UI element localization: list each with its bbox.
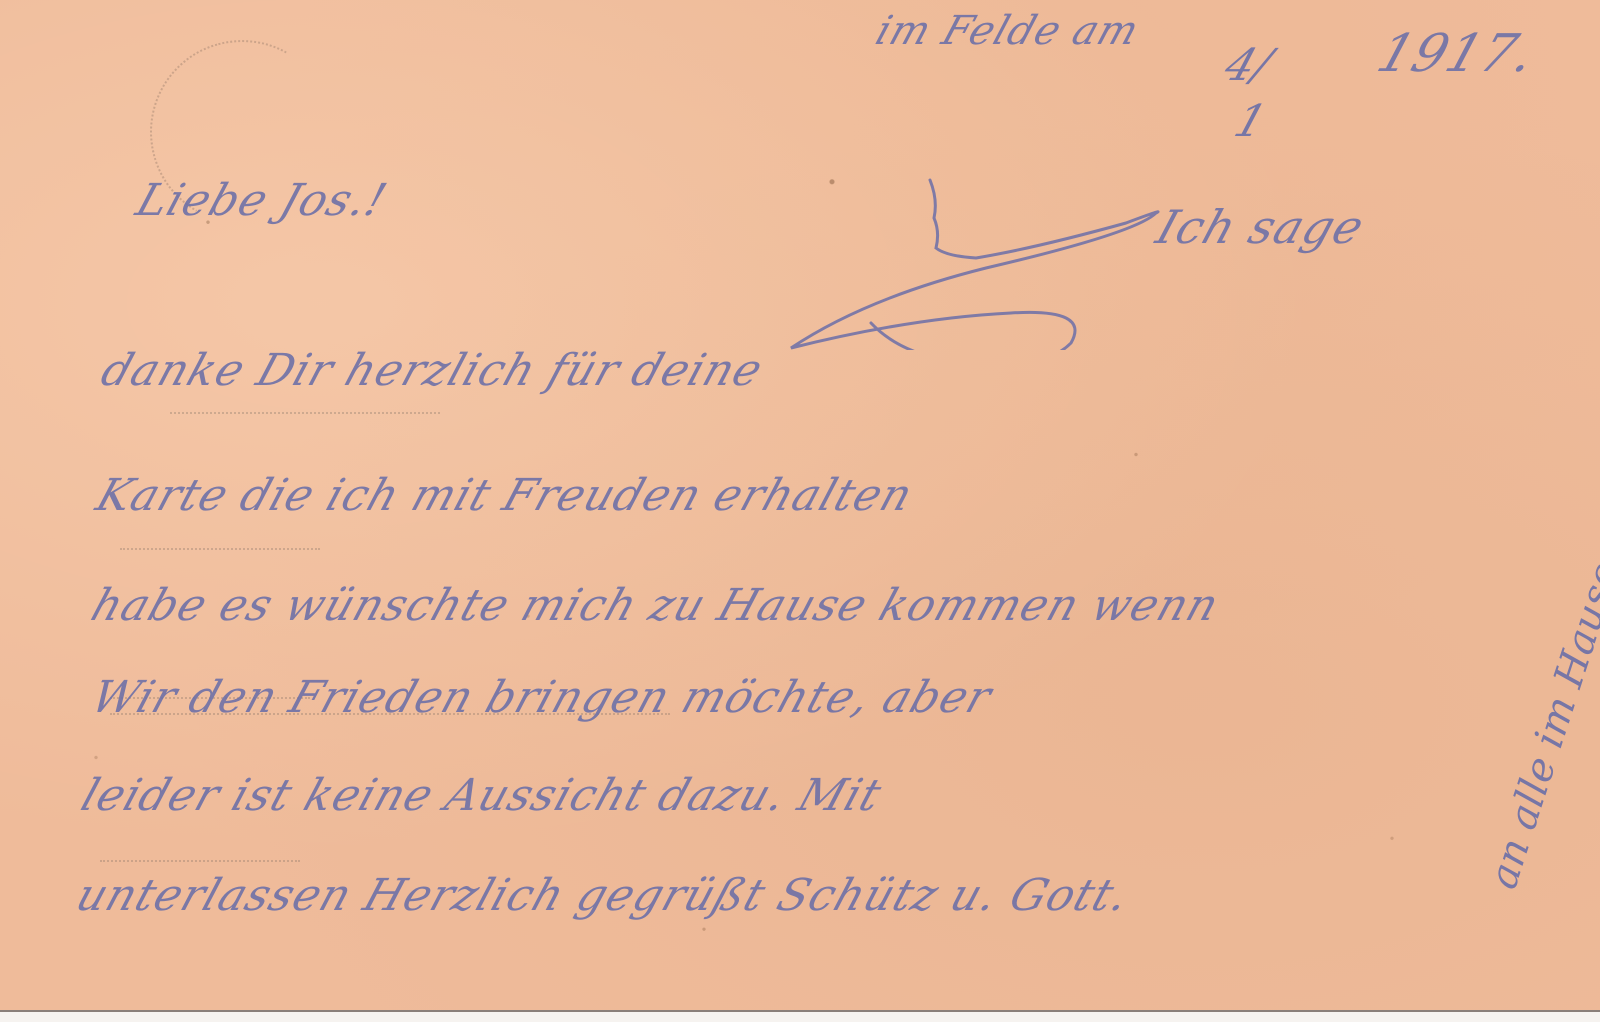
body-line-4: Wir den Frieden bringen möchte, aber: [85, 672, 998, 723]
body-line-2: Karte die ich mit Freuden erhalten: [90, 470, 919, 521]
body-line-3: habe es wünschte mich zu Hause kommen we…: [85, 580, 1226, 631]
postcard: im Felde am 4/ 1 1917. Ich sage Liebe Jo…: [0, 0, 1600, 1012]
body-line-1: danke Dir herzlich für deine: [95, 345, 769, 396]
date-day-month: 4/: [1218, 40, 1277, 91]
signature-flourish-icon: [780, 160, 1240, 350]
date-month: 1: [1228, 96, 1273, 147]
printed-dotted-rule: [120, 548, 320, 550]
salutation-line: Liebe Jos.!: [130, 175, 393, 226]
body-line-5: leider ist keine Aussicht dazu. Mit: [75, 770, 888, 821]
date-year: 1917.: [1370, 24, 1543, 84]
place-date-text: im Felde am: [870, 8, 1145, 54]
scan-border: [0, 1012, 1600, 1022]
printed-dotted-rule: [100, 860, 300, 862]
closing-line: unterlassen Herzlich gegrüßt Schütz u. G…: [70, 870, 1136, 921]
flourish-word: Ich sage: [1150, 200, 1371, 254]
vertical-margin-text: an alle im Hause: [1480, 556, 1600, 894]
printed-dotted-rule: [170, 412, 440, 414]
